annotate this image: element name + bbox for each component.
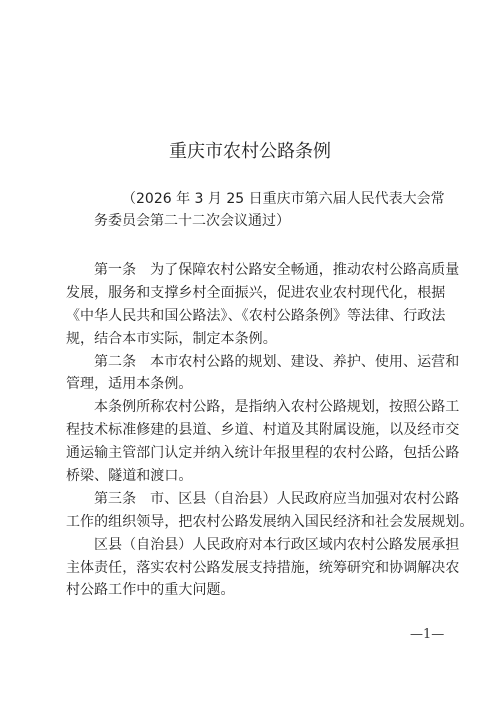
article-1-line: 第一条为了保障农村公路安全畅通，推动农村公路高质量 <box>66 259 438 282</box>
article-2-line: 第二条本市农村公路的规划、建设、养护、使用、运营和 <box>66 351 438 374</box>
page-number: —1— <box>410 627 444 643</box>
article-number: 第一条 <box>94 262 136 278</box>
document-body: 第一条为了保障农村公路安全畅通，推动农村公路高质量 发展，服务和支撑乡村全面振兴… <box>66 259 438 602</box>
document-page: 重庆市农村公路条例 （2026 年 3 月 25 日重庆市第六届人民代表大会常 … <box>0 0 500 708</box>
body-line: 程技术标准修建的县道、乡道、村道及其附属设施，以及经市交 <box>66 419 438 442</box>
article-text: 市、区县（自治县）人民政府应当加强对农村公路 <box>150 491 459 507</box>
body-line: 桥梁、隧道和渡口。 <box>66 465 438 488</box>
body-line: 《中华人民共和国公路法》、《农村公路条例》等法律、行政法 <box>66 305 438 328</box>
article-number: 第三条 <box>94 491 136 507</box>
article-3-line: 第三条市、区县（自治县）人民政府应当加强对农村公路 <box>66 488 438 511</box>
body-line: 村公路工作中的重大问题。 <box>66 579 438 602</box>
adoption-note-line-2: 务委员会第二十二次会议通过） <box>94 210 414 232</box>
body-line: 规，结合本市实际，制定本条例。 <box>66 328 438 351</box>
article-number: 第二条 <box>94 354 136 370</box>
adoption-note: （2026 年 3 月 25 日重庆市第六届人民代表大会常 务委员会第二十二次会… <box>94 188 414 232</box>
body-line: 通运输主管部门认定并纳入统计年报里程的农村公路，包括公路 <box>66 442 438 465</box>
article-text: 为了保障农村公路安全畅通，推动农村公路高质量 <box>150 262 459 278</box>
adoption-note-line-1: （2026 年 3 月 25 日重庆市第六届人民代表大会常 <box>94 188 414 210</box>
paragraph-start-line: 区县（自治县）人民政府对本行政区域内农村公路发展承担 <box>66 534 438 557</box>
body-line: 发展，服务和支撑乡村全面振兴，促进农业农村现代化，根据 <box>66 282 438 305</box>
document-title: 重庆市农村公路条例 <box>0 139 500 165</box>
body-line: 管理，适用本条例。 <box>66 373 438 396</box>
paragraph-start-line: 本条例所称农村公路，是指纳入农村公路规划，按照公路工 <box>66 396 438 419</box>
body-line: 工作的组织领导，把农村公路发展纳入国民经济和社会发展规划。 <box>66 511 438 534</box>
body-line: 主体责任，落实农村公路发展支持措施，统筹研究和协调解决农 <box>66 557 438 580</box>
article-text: 本市农村公路的规划、建设、养护、使用、运营和 <box>150 354 459 370</box>
